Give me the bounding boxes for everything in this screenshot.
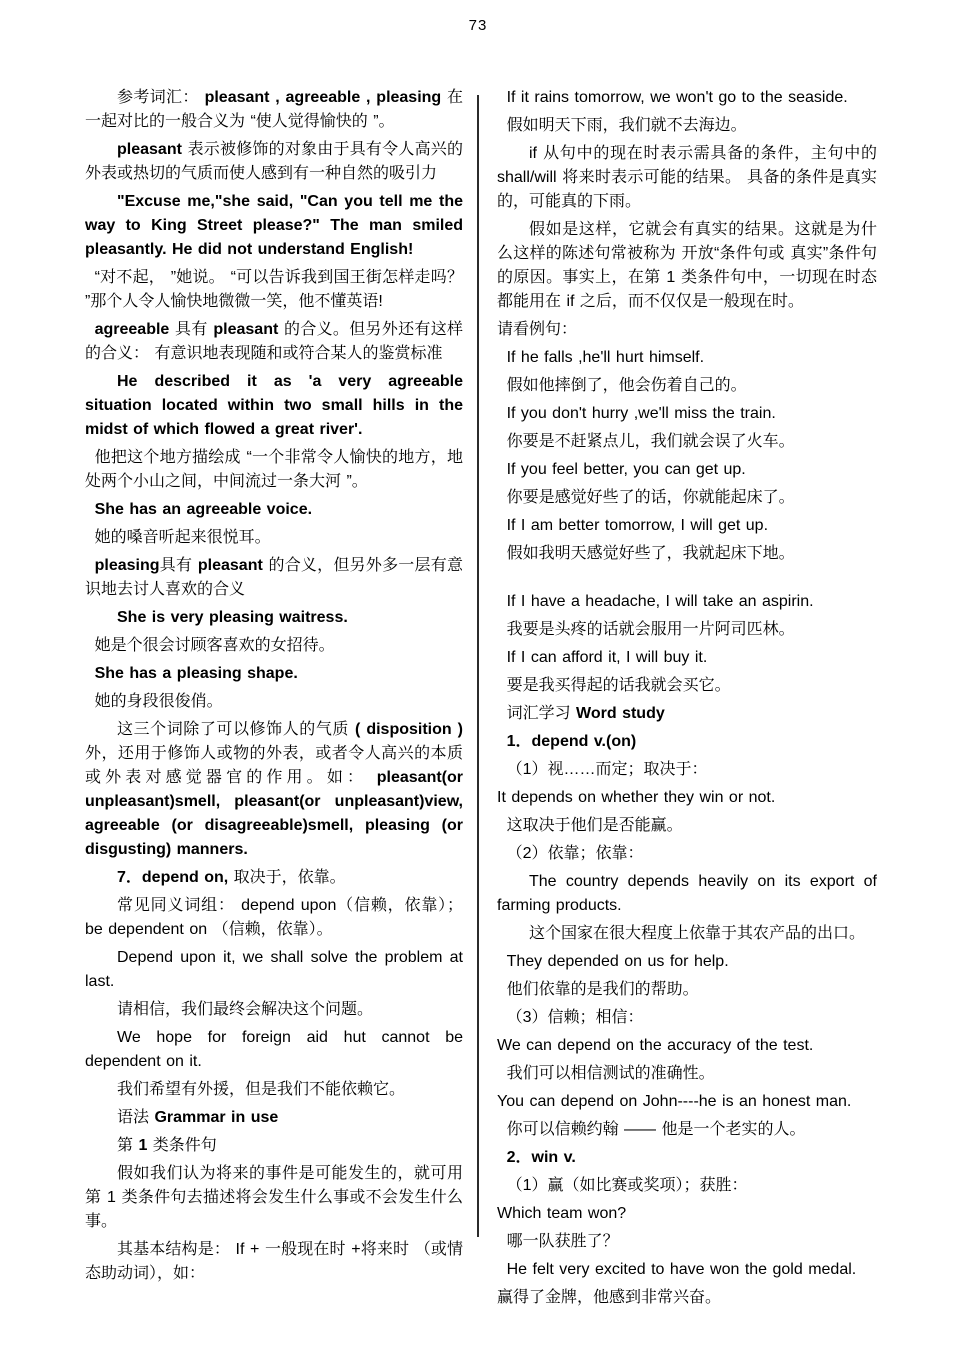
paragraph: 语法 Grammar in use xyxy=(85,1106,463,1130)
emphasis-text: pleasing xyxy=(95,557,160,574)
paragraph: You can depend on John----he is an hones… xyxy=(497,1090,877,1114)
text-run: He felt very excited to have won the gol… xyxy=(507,1261,857,1278)
text-run: 我要是头疼的话就会服用一片阿司匹林。 xyxy=(507,621,795,638)
paragraph: Depend upon it, we shall solve the probl… xyxy=(85,946,463,994)
left-column: 参考词汇： pleasant , agreeable , pleasing 在一… xyxy=(85,86,463,1290)
text-run: 取决于，依靠。 xyxy=(228,869,345,886)
paragraph: 请看例句： xyxy=(497,318,877,342)
emphasis-text: agreeable xyxy=(95,321,170,338)
text-run: If I am better tomorrow, I will get up. xyxy=(507,517,768,534)
paragraph: 她是个很会讨顾客喜欢的女招待。 xyxy=(85,634,463,658)
paragraph: 他把这个地方描绘成 “一个非常令人愉快的地方，地处两个小山之间，中间流过一条大河… xyxy=(85,446,463,494)
text-run: We can depend on the accuracy of the tes… xyxy=(497,1037,813,1054)
text-run: If it rains tomorrow, we won't go to the… xyxy=(507,89,848,106)
text-run: “对不起， ”她说。 “可以告诉我到国王街怎样走吗？ ”那个人令人愉快地微微一笑… xyxy=(85,269,463,310)
paragraph: 1．depend v.(on) xyxy=(497,730,877,754)
text-run: 假如他摔倒了，他会伤着自己的。 xyxy=(507,377,747,394)
emphasis-text: ( disposition ) xyxy=(355,721,463,738)
document-page: 73 参考词汇： pleasant , agreeable , pleasing… xyxy=(0,0,956,1353)
right-column: If it rains tomorrow, we won't go to the… xyxy=(497,86,877,1314)
paragraph: If I have a headache, I will take an asp… xyxy=(497,590,877,614)
paragraph: 你要是不赶紧点儿，我们就会误了火车。 xyxy=(497,430,877,454)
paragraph: 2．win v. xyxy=(497,1146,877,1170)
paragraph: 参考词汇： pleasant , agreeable , pleasing 在一… xyxy=(85,86,463,134)
paragraph: The country depends heavily on its expor… xyxy=(497,870,877,918)
paragraph: 要是我买得起的话我就会买它。 xyxy=(497,674,877,698)
paragraph: 你要是感觉好些了的话，你就能起床了。 xyxy=(497,486,877,510)
emphasis-text: 2．win v. xyxy=(507,1149,576,1166)
text-run: 假如是这样，它就会有真实的结果。这就是为什么这样的陈述句常被称为 开放“条件句或… xyxy=(497,221,877,310)
emphasis-text: 7．depend on, xyxy=(117,869,228,886)
paragraph: He described it as 'a very agreeable sit… xyxy=(85,370,463,442)
emphasis-text: Word study xyxy=(576,705,665,722)
paragraph: We hope for foreign aid hut cannot be de… xyxy=(85,1026,463,1074)
emphasis-text: pleasant , agreeable , pleasing xyxy=(205,89,442,106)
emphasis-text: He described it as 'a very agreeable sit… xyxy=(85,373,463,438)
text-run: 我们希望有外援，但是我们不能依赖它。 xyxy=(117,1081,405,1098)
text-run: If you feel better, you can get up. xyxy=(507,461,746,478)
paragraph: He felt very excited to have won the gol… xyxy=(497,1258,877,1282)
text-run: 具有 xyxy=(169,321,213,338)
text-run: 参考词汇： xyxy=(117,89,205,106)
emphasis-text: "Excuse me,"she said, "Can you tell me t… xyxy=(85,193,463,258)
paragraph: 你可以信赖约翰 —— 他是一个老实的人。 xyxy=(497,1118,877,1142)
paragraph: If you feel better, you can get up. xyxy=(497,458,877,482)
paragraph: She has an agreeable voice. xyxy=(85,498,463,522)
text-run: 你可以信赖约翰 —— 他是一个老实的人。 xyxy=(507,1121,806,1138)
text-run: 她是个很会讨顾客喜欢的女招待。 xyxy=(95,637,335,654)
paragraph: 第 1 类条件句 xyxy=(85,1134,463,1158)
paragraph: They depended on us for help. xyxy=(497,950,877,974)
paragraph: if 从句中的现在时表示需具备的条件，主句中的 shall/will 将来时表示… xyxy=(497,142,877,214)
text-run: 其基本结构是： If + 一般现在时 +将来时 （或情态助动词），如： xyxy=(85,1241,463,1282)
paragraph: 假如明天下雨，我们就不去海边。 xyxy=(497,114,877,138)
text-run: They depended on us for help. xyxy=(507,953,729,970)
text-run: It depends on whether they win or not. xyxy=(497,789,775,806)
paragraph: 她的嗓音听起来很悦耳。 xyxy=(85,526,463,550)
paragraph: 这个国家在很大程度上依靠于其农产品的出口。 xyxy=(497,922,877,946)
page-number: 73 xyxy=(0,17,956,34)
paragraph: If he falls ,he'll hurt himself. xyxy=(497,346,877,370)
text-run: 语法 xyxy=(117,1109,154,1126)
text-run: 具有 xyxy=(160,557,198,574)
text-run: 赢得了金牌，他感到非常兴奋。 xyxy=(497,1289,721,1306)
text-run: （1）视……而定；取决于： xyxy=(507,761,708,778)
paragraph: 常见同义词组： depend upon（信赖，依靠）； be dependent… xyxy=(85,894,463,942)
text-run: If I have a headache, I will take an asp… xyxy=(507,593,814,610)
paragraph: 其基本结构是： If + 一般现在时 +将来时 （或情态助动词），如： xyxy=(85,1238,463,1286)
paragraph: If I am better tomorrow, I will get up. xyxy=(497,514,877,538)
text-run: If you don't hurry ,we'll miss the train… xyxy=(507,405,776,422)
paragraph: 词汇学习 Word study xyxy=(497,702,877,726)
text-run: 他们依靠的是我们的帮助。 xyxy=(507,981,699,998)
paragraph: 7．depend on, 取决于，依靠。 xyxy=(85,866,463,890)
text-run: 常见同义词组： depend upon（信赖，依靠）； be dependent… xyxy=(85,897,463,938)
text-run: 要是我买得起的话我就会买它。 xyxy=(507,677,731,694)
text-run: 第 xyxy=(117,1137,138,1154)
text-run: 请相信，我们最终会解决这个问题。 xyxy=(117,1001,373,1018)
text-run: （1）赢（如比赛或奖项）；获胜： xyxy=(507,1177,748,1194)
paragraph: pleasant 表示被修饰的对象由于具有令人高兴的外表或热切的气质而使人感到有… xyxy=(85,138,463,186)
text-run: 请看例句： xyxy=(497,321,577,338)
paragraph: “对不起， ”她说。 “可以告诉我到国王街怎样走吗？ ”那个人令人愉快地微微一笑… xyxy=(85,266,463,314)
paragraph: 这三个词除了可以修饰人的气质 ( disposition ) 外，还用于修饰人或… xyxy=(85,718,463,862)
text-run: If I can afford it, I will buy it. xyxy=(507,649,708,666)
text-run: 假如我们认为将来的事件是可能发生的，就可用第 1 类条件句去描述将会发生什么事或… xyxy=(85,1165,463,1230)
text-run: if 从句中的现在时表示需具备的条件，主句中的 shall/will 将来时表示… xyxy=(497,145,877,210)
paragraph: She is very pleasing waitress. xyxy=(85,606,463,630)
paragraph: She has a pleasing shape. xyxy=(85,662,463,686)
text-run: （3）信赖；相信： xyxy=(507,1009,644,1026)
paragraph: 假如我们认为将来的事件是可能发生的，就可用第 1 类条件句去描述将会发生什么事或… xyxy=(85,1162,463,1234)
text-run: Which team won? xyxy=(497,1205,626,1222)
paragraph: 她的身段很俊俏。 xyxy=(85,690,463,714)
emphasis-text: She has an agreeable voice. xyxy=(95,501,312,518)
text-run: 假如我明天感觉好些了，我就起床下地。 xyxy=(507,545,795,562)
paragraph: 假如我明天感觉好些了，我就起床下地。 xyxy=(497,542,877,566)
paragraph: 这取决于他们是否能赢。 xyxy=(497,814,877,838)
text-run: If he falls ,he'll hurt himself. xyxy=(507,349,704,366)
paragraph: If you don't hurry ,we'll miss the train… xyxy=(497,402,877,426)
column-divider-line xyxy=(477,95,479,1237)
text-run: 你要是感觉好些了的话，你就能起床了。 xyxy=(507,489,795,506)
paragraph: 赢得了金牌，他感到非常兴奋。 xyxy=(497,1286,877,1310)
text-run: （2）依靠；依靠： xyxy=(507,845,644,862)
paragraph: It depends on whether they win or not. xyxy=(497,786,877,810)
paragraph: （1）视……而定；取决于： xyxy=(497,758,877,782)
paragraph: pleasing具有 pleasant 的合义，但另外多一层有意识地去讨人喜欢的… xyxy=(85,554,463,602)
paragraph: We can depend on the accuracy of the tes… xyxy=(497,1034,877,1058)
paragraph: （2）依靠；依靠： xyxy=(497,842,877,866)
emphasis-text: pleasant xyxy=(117,141,182,158)
emphasis-text: She is very pleasing waitress. xyxy=(117,609,348,626)
text-run: The country depends heavily on its expor… xyxy=(497,873,877,914)
text-run: 我们可以相信测试的准确性。 xyxy=(507,1065,715,1082)
paragraph: 我们可以相信测试的准确性。 xyxy=(497,1062,877,1086)
text-run: 类条件句 xyxy=(147,1137,216,1154)
text-run: 这取决于他们是否能赢。 xyxy=(507,817,683,834)
text-run: 这三个词除了可以修饰人的气质 xyxy=(117,721,355,738)
emphasis-text: Grammar in use xyxy=(154,1109,278,1126)
text-run: 她的嗓音听起来很悦耳。 xyxy=(95,529,271,546)
paragraph: 假如他摔倒了，他会伤着自己的。 xyxy=(497,374,877,398)
paragraph: 我们希望有外援，但是我们不能依赖它。 xyxy=(85,1078,463,1102)
emphasis-text: pleasant xyxy=(198,557,263,574)
text-run: 这个国家在很大程度上依靠于其农产品的出口。 xyxy=(529,925,865,942)
text-run: You can depend on John----he is an hones… xyxy=(497,1093,851,1110)
paragraph: （1）赢（如比赛或奖项）；获胜： xyxy=(497,1174,877,1198)
paragraph: If it rains tomorrow, we won't go to the… xyxy=(497,86,877,110)
text-run: Depend upon it, we shall solve the probl… xyxy=(85,949,463,990)
paragraph: Which team won? xyxy=(497,1202,877,1226)
paragraph: 哪一队获胜了？ xyxy=(497,1230,877,1254)
text-run: 他把这个地方描绘成 “一个非常令人愉快的地方，地处两个小山之间，中间流过一条大河… xyxy=(85,449,463,490)
text-run: 假如明天下雨，我们就不去海边。 xyxy=(507,117,747,134)
paragraph: 请相信，我们最终会解决这个问题。 xyxy=(85,998,463,1022)
emphasis-text: 1．depend v.(on) xyxy=(507,733,637,750)
text-run: 她的身段很俊俏。 xyxy=(95,693,223,710)
paragraph: "Excuse me,"she said, "Can you tell me t… xyxy=(85,190,463,262)
text-run: We hope for foreign aid hut cannot be de… xyxy=(85,1029,463,1070)
text-run: 词汇学习 xyxy=(507,705,576,722)
paragraph: If I can afford it, I will buy it. xyxy=(497,646,877,670)
text-run: 哪一队获胜了？ xyxy=(507,1233,619,1250)
paragraph: （3）信赖；相信： xyxy=(497,1006,877,1030)
text-run: 你要是不赶紧点儿，我们就会误了火车。 xyxy=(507,433,795,450)
emphasis-text: She has a pleasing shape. xyxy=(95,665,298,682)
emphasis-text: pleasant xyxy=(213,321,278,338)
paragraph: agreeable 具有 pleasant 的合义。但另外还有这样的合义： 有意… xyxy=(85,318,463,366)
paragraph: 我要是头疼的话就会服用一片阿司匹林。 xyxy=(497,618,877,642)
paragraph: 假如是这样，它就会有真实的结果。这就是为什么这样的陈述句常被称为 开放“条件句或… xyxy=(497,218,877,314)
paragraph: 他们依靠的是我们的帮助。 xyxy=(497,978,877,1002)
